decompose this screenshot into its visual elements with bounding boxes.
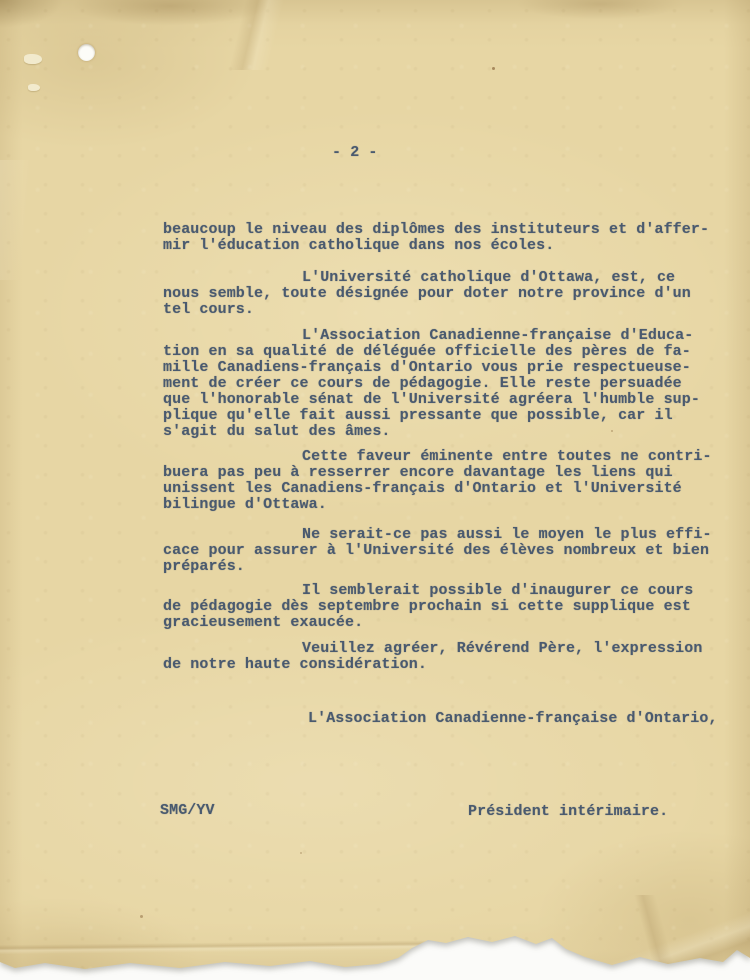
signer-title: Président intérimaire. — [468, 804, 668, 820]
text-line: bilingue d'Ottawa. — [163, 497, 327, 513]
letter-paper: - 2 - beaucoup le niveau des diplômes de… — [0, 0, 750, 980]
text-line: unissent les Canadiens-français d'Ontari… — [163, 481, 682, 497]
paper-chip — [28, 84, 40, 91]
text-line: préparés. — [163, 559, 245, 575]
text-line: mille Canadiens-français d'Ontario vous … — [163, 360, 691, 376]
text-line: que l'honorable sénat de l'Université ag… — [163, 392, 700, 408]
text-line: de pédagogie dès septembre prochain si c… — [163, 599, 691, 615]
text-line: gracieusement exaucée. — [163, 615, 363, 631]
text-line: tion en sa qualité de déléguée officiell… — [163, 344, 691, 360]
paper-crease — [555, 895, 750, 970]
paper-crease — [0, 936, 430, 957]
paper-speck — [300, 852, 302, 854]
paper-speck — [611, 430, 613, 432]
text-line: beaucoup le niveau des diplômes des inst… — [163, 222, 709, 238]
text-line: plique qu'elle fait aussi pressante que … — [163, 408, 673, 424]
text-line: mir l'éducation catholique dans nos écol… — [163, 238, 554, 254]
text-line: ment de créer ce cours de pédagogie. Ell… — [163, 376, 682, 392]
text-line: cace pour assurer à l'Université des élè… — [163, 543, 709, 559]
page-background: - 2 - beaucoup le niveau des diplômes de… — [0, 0, 750, 980]
paper-speck — [140, 915, 143, 918]
paper-crease — [150, 0, 350, 70]
text-line: Cette faveur éminente entre toutes ne co… — [302, 449, 712, 465]
paper-chip — [24, 54, 42, 64]
text-line: s'agit du salut des âmes. — [163, 424, 391, 440]
text-line: buera pas peu à resserrer encore davanta… — [163, 465, 673, 481]
page-number: - 2 - — [332, 145, 378, 161]
text-line: nous semble, toute désignée pour doter n… — [163, 286, 691, 302]
text-line: L'Association Canadienne-française d'Edu… — [302, 328, 693, 344]
punch-hole — [78, 44, 95, 61]
text-line: Il semblerait possible d'inaugurer ce co… — [302, 583, 693, 599]
signature-organization: L'Association Canadienne-française d'Ont… — [308, 711, 718, 727]
typist-initials: SMG/YV — [160, 803, 215, 819]
text-line: de notre haute considération. — [163, 657, 427, 673]
text-line: Veuillez agréer, Révérend Père, l'expres… — [302, 641, 702, 657]
paper-speck — [492, 67, 495, 70]
text-line: Ne serait-ce pas aussi le moyen le plus … — [302, 527, 712, 543]
text-line: tel cours. — [163, 302, 254, 318]
text-line: L'Université catholique d'Ottawa, est, c… — [302, 270, 675, 286]
paper-crease — [0, 160, 60, 280]
